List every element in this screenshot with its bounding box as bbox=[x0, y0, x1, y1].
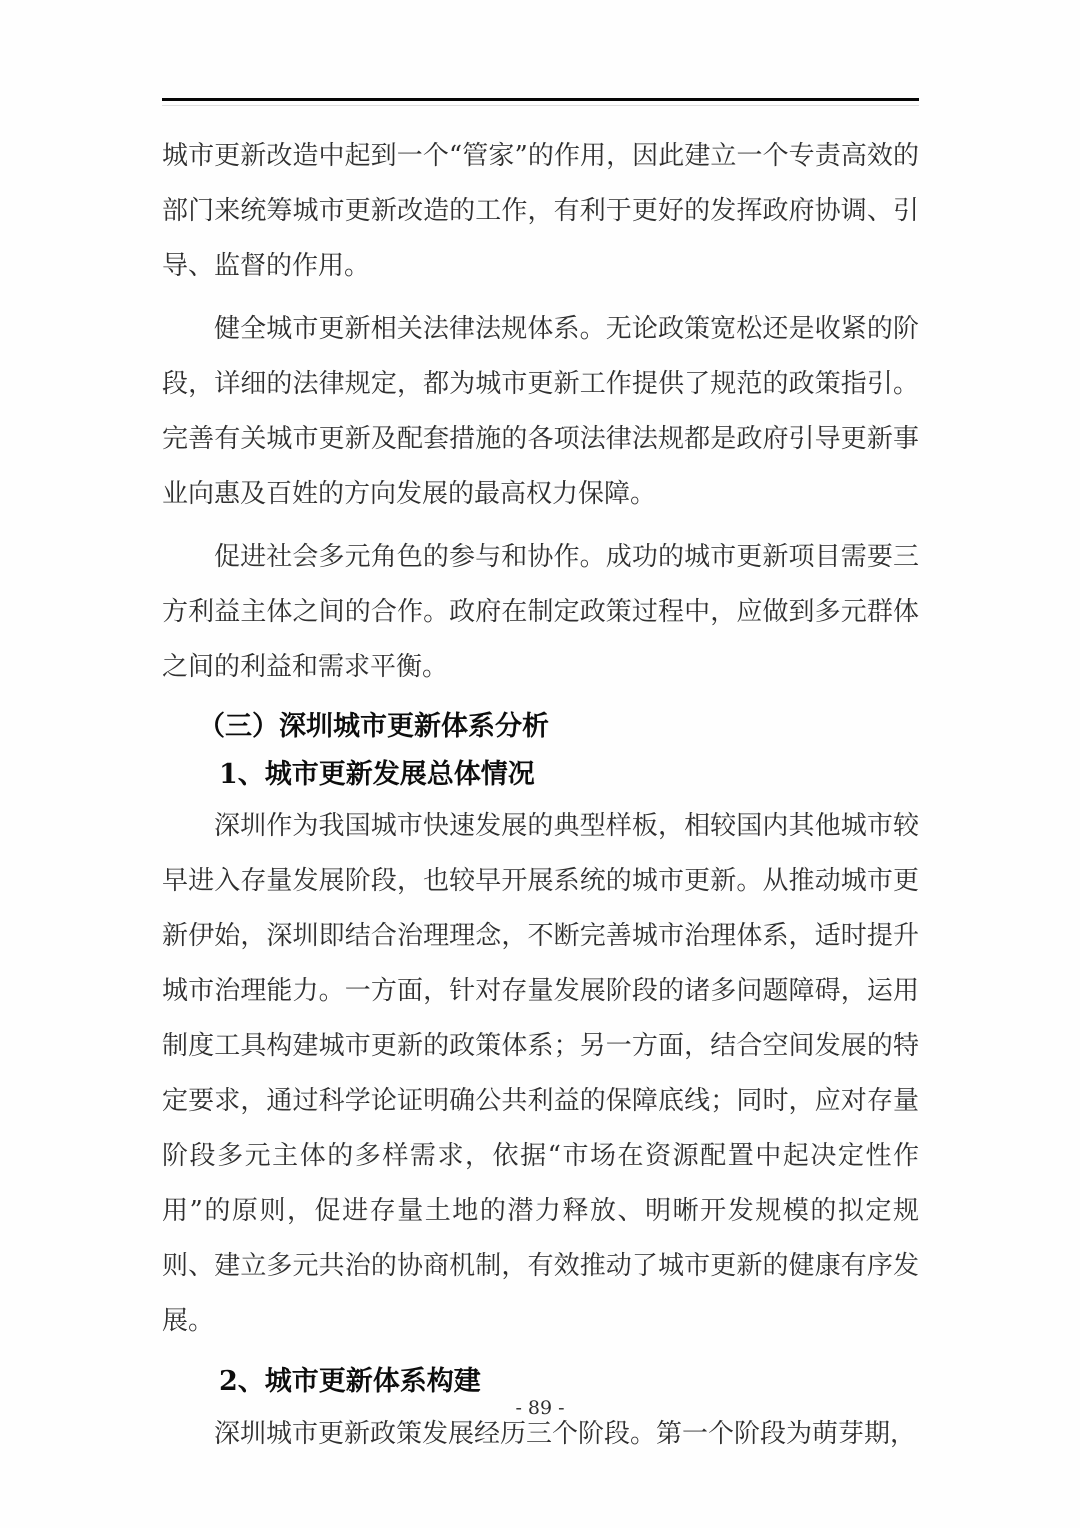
header-rule bbox=[162, 98, 919, 101]
subsection-heading-1: 1、城市更新发展总体情况 bbox=[162, 751, 919, 799]
body-paragraph: 促进社会多元角色的参与和协作。成功的城市更新项目需要三方利益主体之间的合作。政府… bbox=[162, 530, 919, 695]
header-rule-shadow bbox=[162, 105, 919, 106]
page-number: - 89 - bbox=[0, 1394, 1080, 1422]
body-paragraph: 深圳作为我国城市快速发展的典型样板，相较国内其他城市较早进入存量发展阶段，也较早… bbox=[162, 799, 919, 1349]
body-paragraph-continuation: 城市更新改造中起到一个“管家”的作用，因此建立一个专责高效的部门来统筹城市更新改… bbox=[162, 129, 919, 294]
body-paragraph: 健全城市更新相关法律法规体系。无论政策宽松还是收紧的阶段，详细的法律规定，都为城… bbox=[162, 302, 919, 522]
document-page: 城市更新改造中起到一个“管家”的作用，因此建立一个专责高效的部门来统筹城市更新改… bbox=[0, 0, 1080, 1528]
page-content: 城市更新改造中起到一个“管家”的作用，因此建立一个专责高效的部门来统筹城市更新改… bbox=[162, 98, 919, 1470]
section-heading: （三）深圳城市更新体系分析 bbox=[162, 703, 919, 751]
